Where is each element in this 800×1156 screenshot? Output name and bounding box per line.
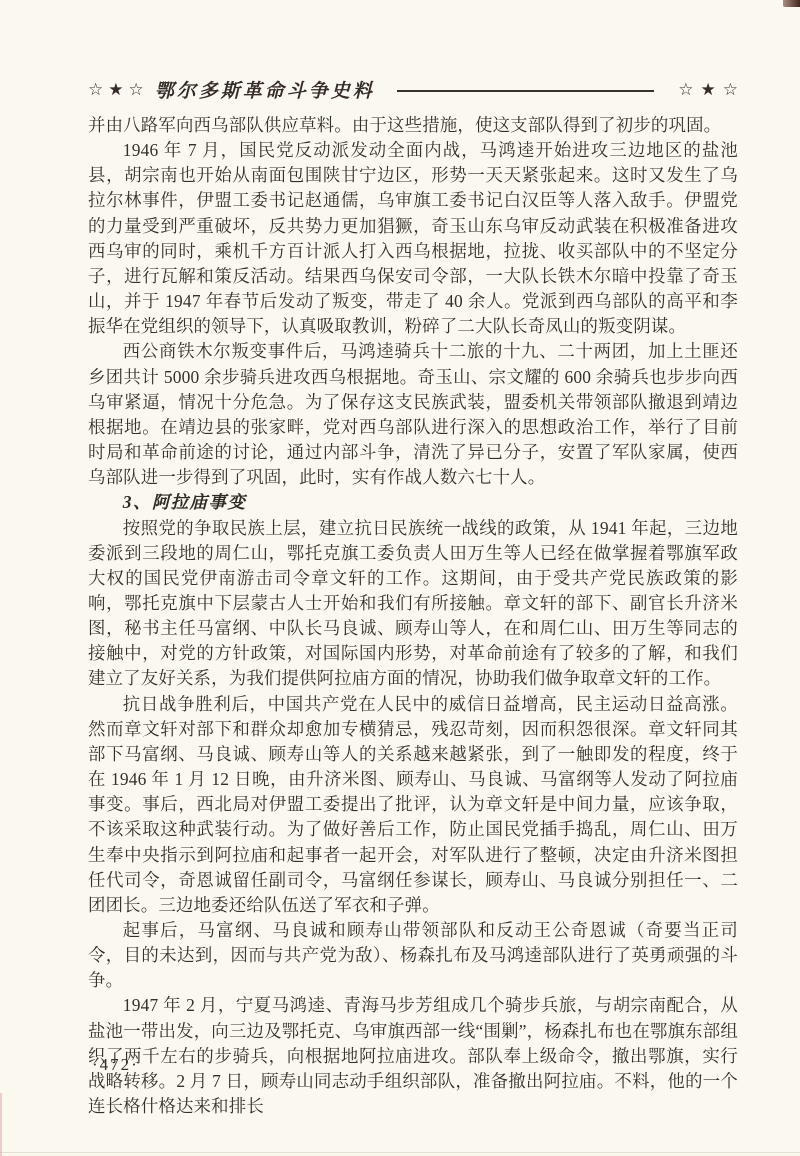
scanned-book-page: ☆★☆ 鄂尔多斯革命斗争史料 ☆★☆ 并由八路军向西乌部队供应草料。由于这些措施…: [0, 0, 800, 1156]
header-stars-right: ☆★☆: [678, 80, 745, 100]
body-paragraph: 1946 年 7 月，国民党反动派发动全面内战，马鸿逵开始进攻三边地区的盐池县，…: [88, 138, 738, 339]
body-paragraph: 并由八路军向西乌部队供应草料。由于这些措施，使这支部队得到了初步的巩固。: [88, 113, 738, 138]
body-paragraph: 1947 年 2 月，宁夏马鸿逵、青海马步芳组成几个骑步兵旅，与胡宗南配合，从盐…: [88, 993, 738, 1119]
body-paragraph: 西公商铁木尔叛变事件后，马鸿逵骑兵十二旅的十九、二十两团，加上土匪还乡团共计 5…: [88, 339, 738, 490]
page-header: ☆★☆ 鄂尔多斯革命斗争史料 ☆★☆: [88, 76, 738, 103]
body-paragraph: 按照党的争取民族上层，建立抗日民族统一战线的政策，从 1941 年起，三边地委派…: [88, 516, 738, 692]
page-footer: ·472·: [92, 1055, 139, 1075]
book-title: 鄂尔多斯革命斗争史料: [155, 76, 375, 103]
header-rule: [397, 90, 655, 92]
header-stars-left: ☆★☆: [88, 80, 149, 100]
scan-artifact-left-edge-line: [0, 1093, 2, 1156]
page-body: 并由八路军向西乌部队供应草料。由于这些措施，使这支部队得到了初步的巩固。1946…: [88, 113, 738, 1119]
section-heading: 3、阿拉庙事变: [88, 490, 738, 515]
scan-artifact-bottom-edge-line: [0, 1152, 800, 1153]
scan-artifact-corner-mark: [783, 0, 800, 7]
body-paragraph: 抗日战争胜利后，中国共产党在人民中的威信日益增高，民主运动日益高涨。然而章文轩对…: [88, 692, 738, 918]
body-paragraph: 起事后，马富纲、马良诚和顾寿山带领部队和反动王公奇恩诚（奇要当正司令，目的未达到…: [88, 918, 738, 993]
page-number: ·472·: [92, 1055, 139, 1074]
